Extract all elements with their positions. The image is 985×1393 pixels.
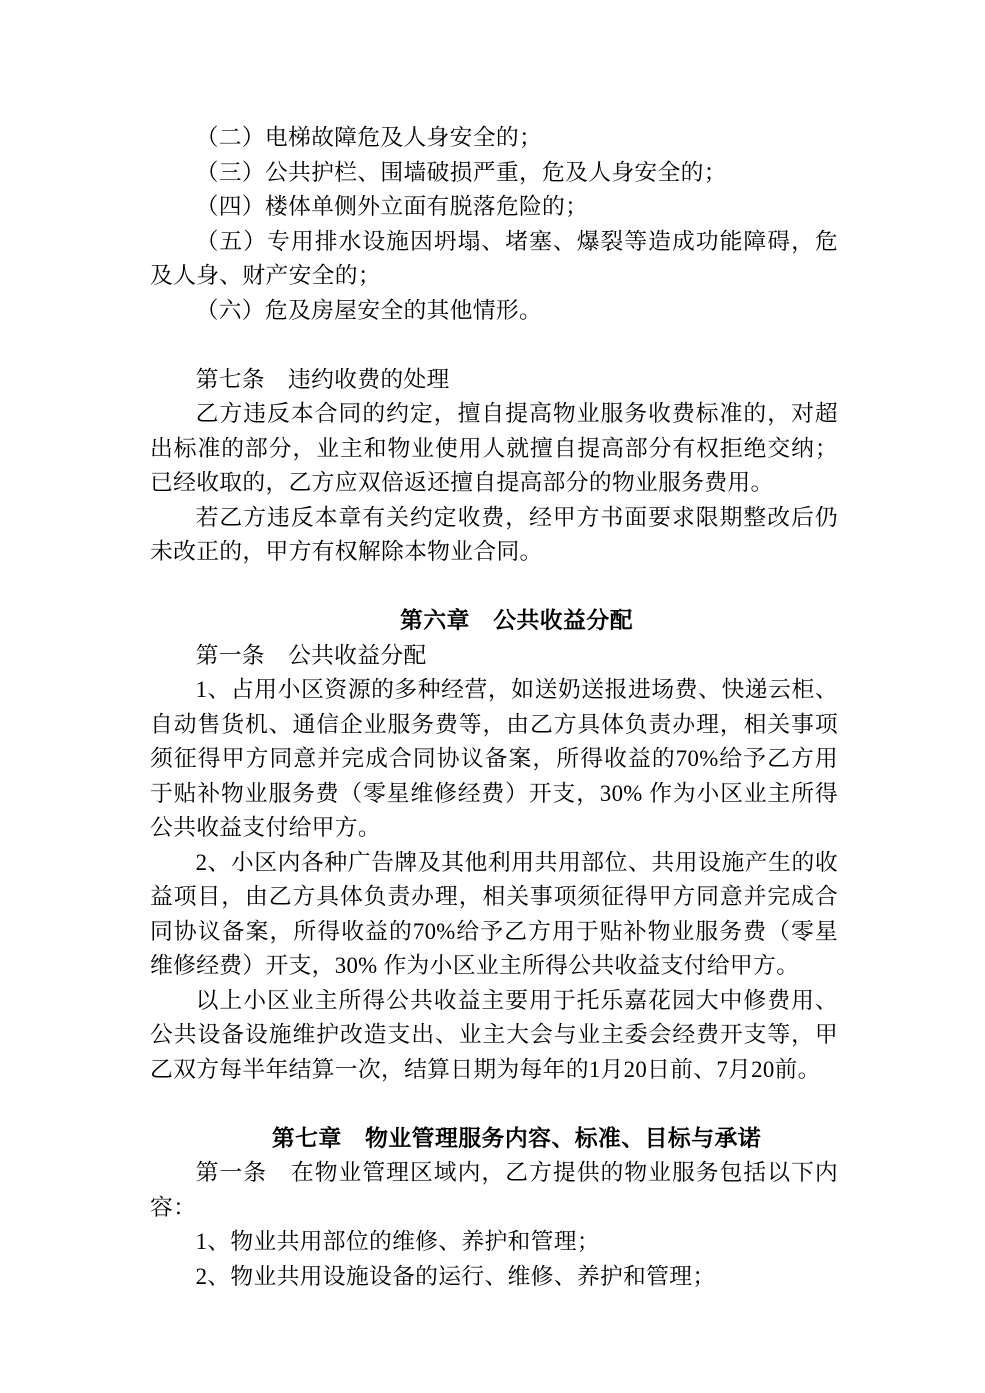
blank-line bbox=[150, 570, 838, 605]
paragraph: 2、物业共用设施设备的运行、维修、养护和管理； bbox=[150, 1260, 838, 1295]
paragraph: 乙方违反本合同的约定，擅自提高物业服务收费标准的，对超出标准的部分，业主和物业使… bbox=[150, 397, 838, 501]
paragraph: （三）公共护栏、围墙破损严重，危及人身安全的； bbox=[150, 156, 838, 191]
blank-line bbox=[150, 1087, 838, 1122]
blank-line bbox=[150, 328, 838, 363]
paragraph: 第一条 公共收益分配 bbox=[150, 639, 838, 674]
paragraph: 若乙方违反本章有关约定收费，经甲方书面要求限期整改后仍未改正的，甲方有权解除本物… bbox=[150, 501, 838, 570]
document-page: （二）电梯故障危及人身安全的；（三）公共护栏、围墙破损严重，危及人身安全的；（四… bbox=[0, 0, 985, 1393]
chapter-heading: 第七章 物业管理服务内容、标准、目标与承诺 bbox=[195, 1122, 838, 1157]
document-content: （二）电梯故障危及人身安全的；（三）公共护栏、围墙破损严重，危及人身安全的；（四… bbox=[150, 121, 838, 1294]
paragraph: （二）电梯故障危及人身安全的； bbox=[150, 121, 838, 156]
paragraph: 第一条 在物业管理区域内，乙方提供的物业服务包括以下内容： bbox=[150, 1156, 838, 1225]
paragraph: 1、物业共用部位的维修、养护和管理； bbox=[150, 1225, 838, 1260]
paragraph: 以上小区业主所得公共收益主要用于托乐嘉花园大中修费用、公共设备设施维护改造支出、… bbox=[150, 984, 838, 1088]
paragraph: 2、小区内各种广告牌及其他利用共用部位、共用设施产生的收益项目，由乙方具体负责办… bbox=[150, 846, 838, 984]
paragraph: （五）专用排水设施因坍塌、堵塞、爆裂等造成功能障碍，危及人身、财产安全的； bbox=[150, 225, 838, 294]
paragraph: 第七条 违约收费的处理 bbox=[150, 363, 838, 398]
paragraph: （四）楼体单侧外立面有脱落危险的； bbox=[150, 190, 838, 225]
chapter-heading: 第六章 公共收益分配 bbox=[195, 604, 838, 639]
paragraph: 1、占用小区资源的多种经营，如送奶送报进场费、快递云柜、自动售货机、通信企业服务… bbox=[150, 673, 838, 846]
paragraph: （六）危及房屋安全的其他情形。 bbox=[150, 294, 838, 329]
